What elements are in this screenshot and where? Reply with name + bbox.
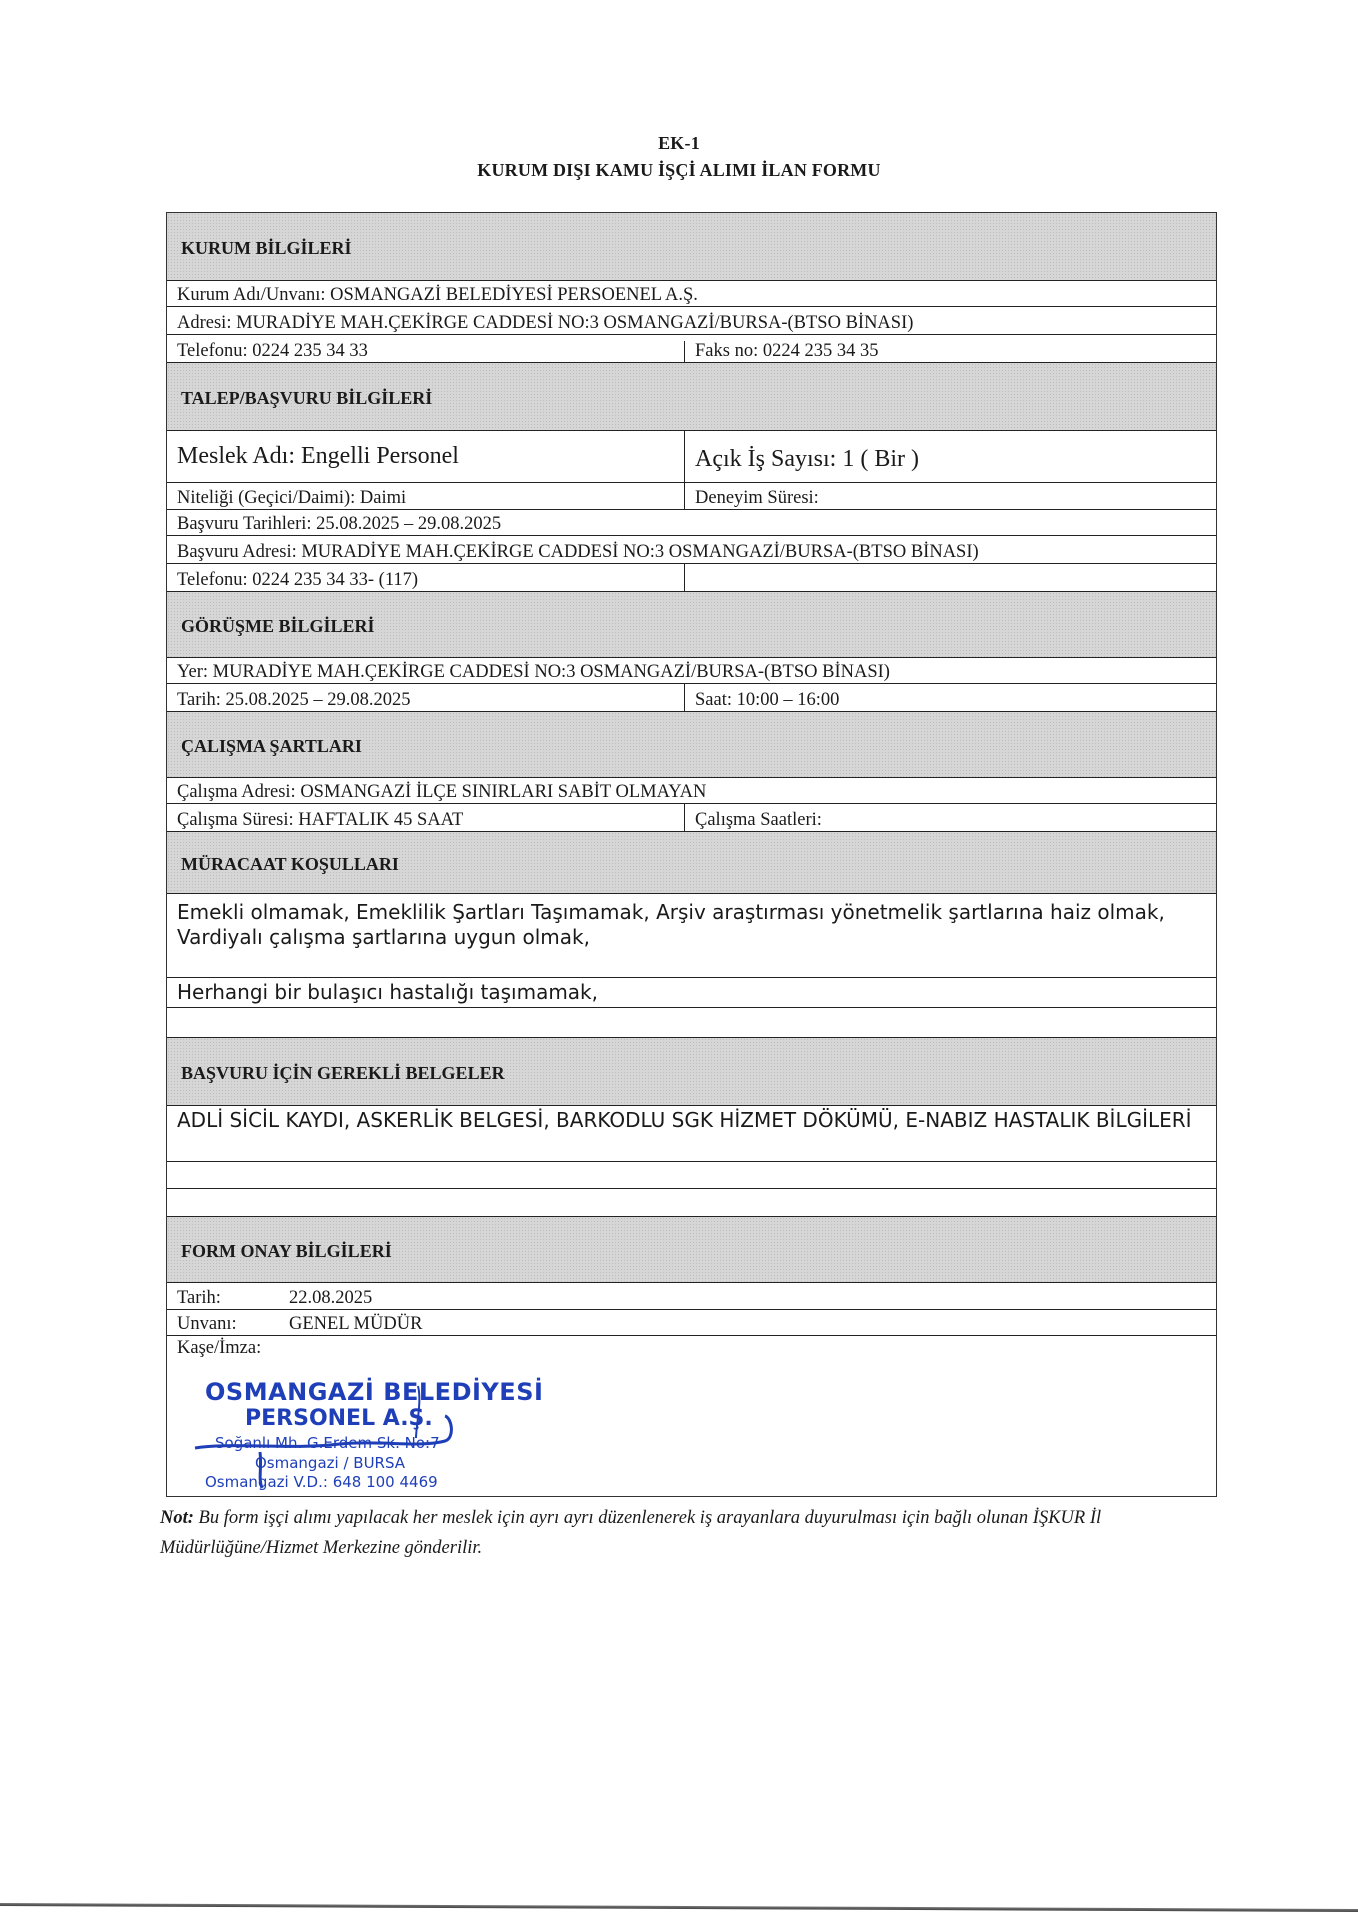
section-title: BAŞVURU İÇİN GEREKLİ BELGELER: [167, 1059, 505, 1084]
condition-row-empty: [167, 1008, 1216, 1038]
condition-row: Herhangi bir bulaşıcı hastalığı taşımama…: [167, 978, 1216, 1008]
work-duration: Çalışma Süresi: HAFTALIK 45 SAAT: [167, 810, 684, 831]
interview-location: Yer: MURADİYE MAH.ÇEKİRGE CADDESİ NO:3 O…: [167, 662, 890, 683]
form-title: KURUM DIŞI KAMU İŞÇİ ALIMI İLAN FORMU: [0, 160, 1358, 181]
approval-title: Unvanı:GENEL MÜDÜR: [167, 1314, 422, 1335]
interview-hours: Saat: 10:00 – 16:00: [684, 684, 1216, 711]
nature-row: Niteliği (Geçici/Daimi): Daimi Deneyim S…: [167, 483, 1216, 510]
section-header-form-onay: FORM ONAY BİLGİLERİ: [167, 1217, 1216, 1283]
occupation-name: Meslek Adı: Engelli Personel: [167, 443, 684, 470]
document-text: [167, 1187, 177, 1188]
stamp-signature-label: Kaşe/İmza:: [167, 1336, 261, 1359]
company-stamp: OSMANGAZİ BELEDİYESİ PERSONEL A.Ş. Soğan…: [200, 1378, 500, 1508]
document-text: [167, 1215, 177, 1216]
kurum-address-row: Adresi: MURADİYE MAH.ÇEKİRGE CADDESİ NO:…: [167, 307, 1216, 335]
application-address: Başvuru Adresi: MURADİYE MAH.ÇEKİRGE CAD…: [167, 542, 979, 563]
application-dates-row: Başvuru Tarihleri: 25.08.2025 – 29.08.20…: [167, 510, 1216, 536]
kurum-fax: Faks no: 0224 235 34 35: [684, 341, 1216, 362]
section-title: MÜRACAAT KOŞULLARI: [167, 850, 399, 875]
work-hours: Çalışma Saatleri:: [684, 804, 1216, 831]
open-positions: Açık İş Sayısı: 1 ( Bir ): [684, 431, 1216, 482]
condition-text: Herhangi bir bulaşıcı hastalığı taşımama…: [167, 978, 618, 1006]
document-text: ADLİ SİCİL KAYDI, ASKERLİK BELGESİ, BARK…: [167, 1106, 1212, 1134]
interview-dates: Tarih: 25.08.2025 – 29.08.2025: [167, 690, 684, 711]
approval-title-value: GENEL MÜDÜR: [289, 1314, 422, 1334]
section-title: TALEP/BAŞVURU BİLGİLERİ: [167, 384, 432, 409]
application-address-row: Başvuru Adresi: MURADİYE MAH.ÇEKİRGE CAD…: [167, 536, 1216, 564]
approval-date-label: Tarih:: [177, 1288, 289, 1308]
section-header-talep: TALEP/BAŞVURU BİLGİLERİ: [167, 363, 1216, 431]
experience-duration: Deneyim Süresi:: [684, 483, 1216, 509]
approval-title-label: Unvanı:: [177, 1314, 289, 1334]
condition-row: Emekli olmamak, Emeklilik Şartları Taşım…: [167, 894, 1216, 978]
kurum-name: Kurum Adı/Unvanı: OSMANGAZİ BELEDİYESİ P…: [167, 285, 698, 306]
announcement-form-table: KURUM BİLGİLERİ Kurum Adı/Unvanı: OSMANG…: [166, 212, 1217, 1497]
section-title: FORM ONAY BİLGİLERİ: [167, 1237, 392, 1262]
application-phone: Telefonu: 0224 235 34 33- (117): [167, 570, 684, 591]
kurum-phone: Telefonu: 0224 235 34 33: [167, 341, 684, 362]
document-row-empty: [167, 1189, 1216, 1217]
document-row-empty: [167, 1162, 1216, 1189]
section-header-muracaat: MÜRACAAT KOŞULLARI: [167, 832, 1216, 894]
kurum-contact-row: Telefonu: 0224 235 34 33 Faks no: 0224 2…: [167, 335, 1216, 363]
approval-title-row: Unvanı:GENEL MÜDÜR: [167, 1310, 1216, 1336]
application-phone-row: Telefonu: 0224 235 34 33- (117): [167, 564, 1216, 592]
work-address-row: Çalışma Adresi: OSMANGAZİ İLÇE SINIRLARI…: [167, 778, 1216, 804]
occupation-row: Meslek Adı: Engelli Personel Açık İş Say…: [167, 431, 1216, 483]
document-row: ADLİ SİCİL KAYDI, ASKERLİK BELGESİ, BARK…: [167, 1106, 1216, 1162]
interview-location-row: Yer: MURADİYE MAH.ÇEKİRGE CADDESİ NO:3 O…: [167, 658, 1216, 684]
work-duration-row: Çalışma Süresi: HAFTALIK 45 SAAT Çalışma…: [167, 804, 1216, 832]
section-header-belgeler: BAŞVURU İÇİN GEREKLİ BELGELER: [167, 1038, 1216, 1106]
section-header-gorusme: GÖRÜŞME BİLGİLERİ: [167, 592, 1216, 658]
kurum-address: Adresi: MURADİYE MAH.ÇEKİRGE CADDESİ NO:…: [167, 313, 913, 334]
approval-date-row: Tarih:22.08.2025: [167, 1283, 1216, 1310]
kurum-name-row: Kurum Adı/Unvanı: OSMANGAZİ BELEDİYESİ P…: [167, 281, 1216, 307]
signature-scribble-icon: [170, 1378, 490, 1508]
section-header-calisma: ÇALIŞMA ŞARTLARI: [167, 712, 1216, 778]
position-nature: Niteliği (Geçici/Daimi): Daimi: [167, 488, 684, 509]
condition-text: [167, 1036, 177, 1037]
scan-edge-line: [0, 1903, 1358, 1912]
approval-date-value: 22.08.2025: [289, 1288, 372, 1308]
section-title: KURUM BİLGİLERİ: [167, 234, 352, 259]
application-dates: Başvuru Tarihleri: 25.08.2025 – 29.08.20…: [167, 514, 501, 535]
footnote-label: Not:: [160, 1508, 194, 1528]
work-address: Çalışma Adresi: OSMANGAZİ İLÇE SINIRLARI…: [167, 782, 706, 803]
approval-date: Tarih:22.08.2025: [167, 1288, 372, 1309]
section-header-kurum: KURUM BİLGİLERİ: [167, 213, 1216, 281]
footnote-text: Bu form işçi alımı yapılacak her meslek …: [160, 1508, 1101, 1558]
interview-time-row: Tarih: 25.08.2025 – 29.08.2025 Saat: 10:…: [167, 684, 1216, 712]
footnote: Not: Bu form işçi alımı yapılacak her me…: [160, 1503, 1220, 1563]
condition-text: Emekli olmamak, Emeklilik Şartları Taşım…: [167, 894, 1216, 951]
section-title: GÖRÜŞME BİLGİLERİ: [167, 612, 375, 637]
section-title: ÇALIŞMA ŞARTLARI: [167, 732, 362, 757]
annex-label: EK-1: [0, 133, 1358, 154]
empty-cell: [684, 564, 1216, 591]
